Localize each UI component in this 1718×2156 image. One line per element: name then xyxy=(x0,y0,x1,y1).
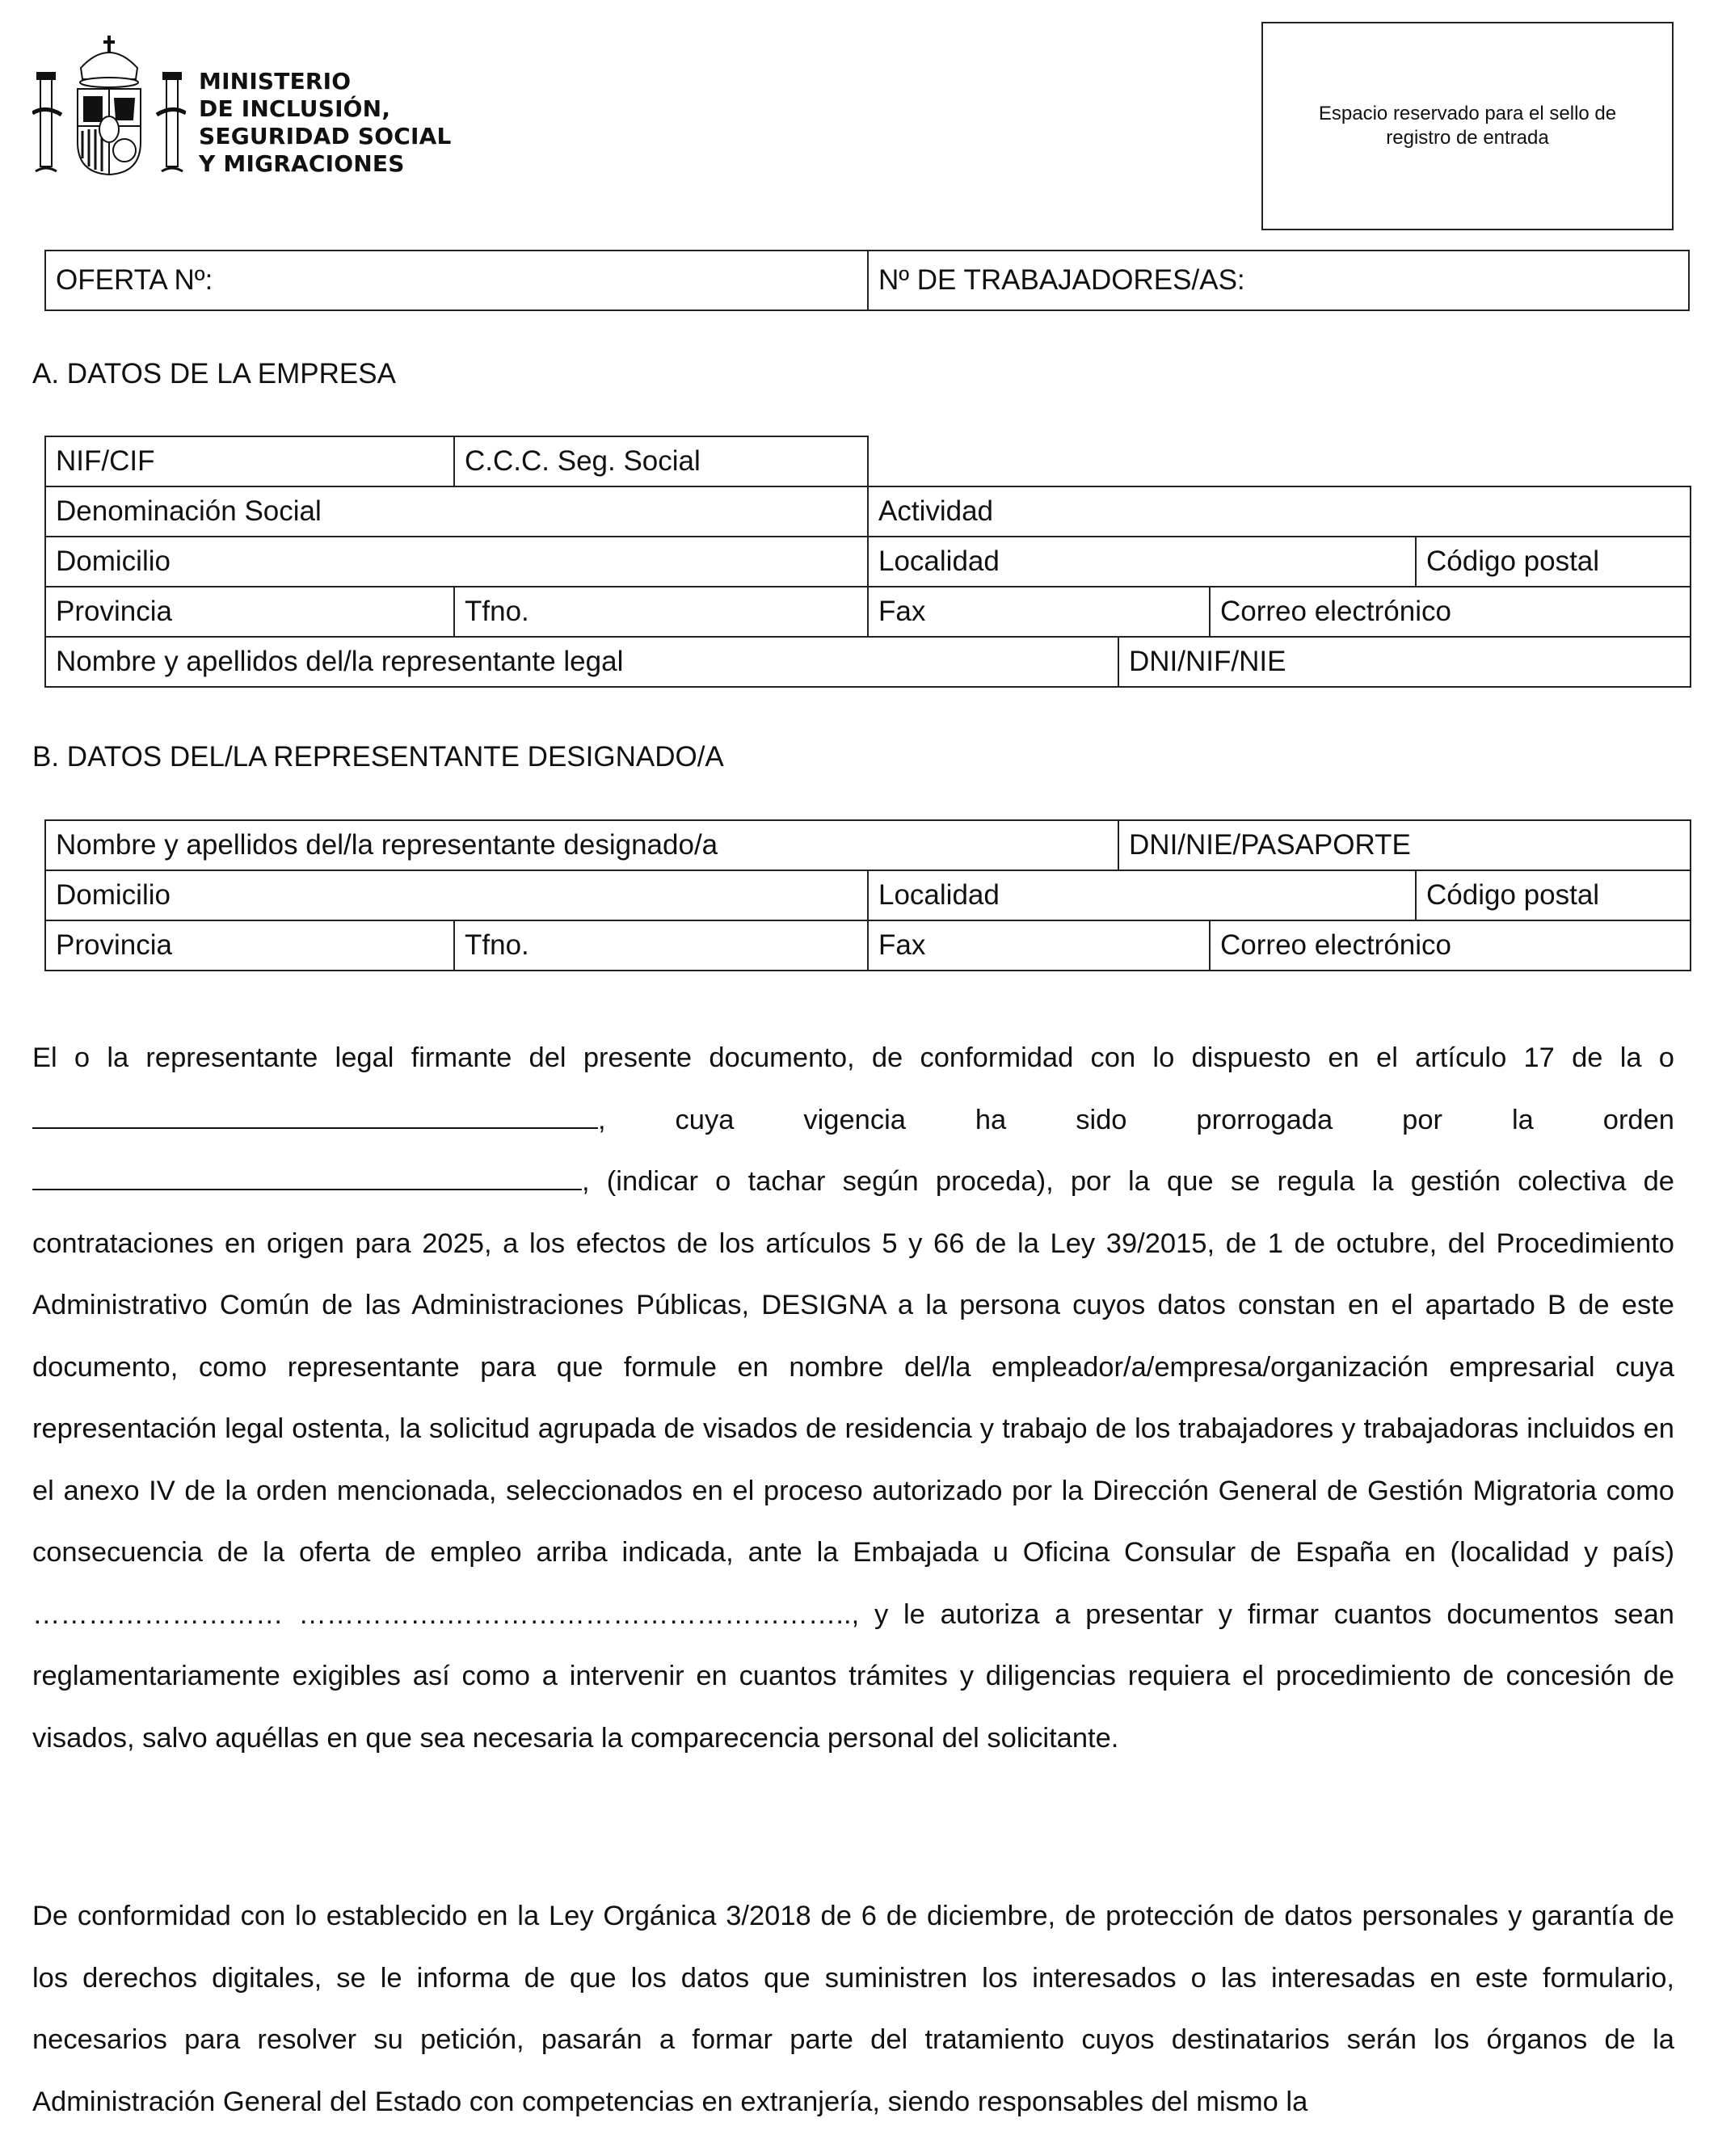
ccc-field[interactable]: C.C.C. Seg. Social xyxy=(454,436,868,486)
ministry-line-1: MINISTERIO xyxy=(199,68,452,95)
section-a-title: A. DATOS DE LA EMPRESA xyxy=(32,358,396,390)
order-blank-1[interactable] xyxy=(32,1105,598,1129)
designated-province-field[interactable]: Provincia xyxy=(45,920,454,971)
ministry-line-2: DE INCLUSIÓN, xyxy=(199,95,452,123)
designated-id-field[interactable]: DNI/NIE/PASAPORTE xyxy=(1118,820,1691,870)
empty-cell xyxy=(868,436,1691,486)
designation-paragraph: El o la representante legal firmante del… xyxy=(32,1027,1674,1769)
company-data-table: NIF/CIF C.C.C. Seg. Social Denominación … xyxy=(44,436,1691,688)
activity-field[interactable]: Actividad xyxy=(868,486,1691,537)
representative-id-field[interactable]: DNI/NIF/NIE xyxy=(1118,637,1691,687)
designated-postal-code-field[interactable]: Código postal xyxy=(1416,870,1691,920)
nif-cif-field[interactable]: NIF/CIF xyxy=(45,436,454,486)
offer-number-field[interactable]: OFERTA Nº: xyxy=(45,251,868,310)
paragraph-text-2: , cuya vigencia ha sido prorrogada por l… xyxy=(598,1105,1674,1135)
ministry-line-3: SEGURIDAD SOCIAL xyxy=(199,123,452,150)
fax-field[interactable]: Fax xyxy=(868,587,1210,637)
postal-code-field[interactable]: Código postal xyxy=(1416,537,1691,587)
designated-email-field[interactable]: Correo electrónico xyxy=(1210,920,1691,971)
data-protection-text: De conformidad con lo establecido en la … xyxy=(32,1885,1674,2133)
data-protection-paragraph: De conformidad con lo establecido en la … xyxy=(32,1885,1674,2133)
company-name-field[interactable]: Denominación Social xyxy=(45,486,868,537)
registry-stamp-box: Espacio reservado para el sello de regis… xyxy=(1261,22,1674,230)
designated-fax-field[interactable]: Fax xyxy=(868,920,1210,971)
paragraph-text-1: El o la representante legal firmante del… xyxy=(32,1042,1674,1073)
spain-coat-of-arms-icon xyxy=(32,29,186,179)
section-b-title: B. DATOS DEL/LA REPRESENTANTE DESIGNADO/… xyxy=(32,741,724,773)
ministry-name: MINISTERIO DE INCLUSIÓN, SEGURIDAD SOCIA… xyxy=(199,68,452,178)
email-field[interactable]: Correo electrónico xyxy=(1210,587,1691,637)
legal-representative-field[interactable]: Nombre y apellidos del/la representante … xyxy=(45,637,1118,687)
workers-count-field[interactable]: Nº DE TRABAJADORES/AS: xyxy=(868,251,1689,310)
designated-representative-table: Nombre y apellidos del/la representante … xyxy=(44,819,1691,971)
designated-address-field[interactable]: Domicilio xyxy=(45,870,868,920)
province-field[interactable]: Provincia xyxy=(45,587,454,637)
designated-name-field[interactable]: Nombre y apellidos del/la representante … xyxy=(45,820,1118,870)
designated-phone-field[interactable]: Tfno. xyxy=(454,920,868,971)
ministry-line-4: Y MIGRACIONES xyxy=(199,150,452,178)
locality-field[interactable]: Localidad xyxy=(868,537,1416,587)
order-blank-2[interactable] xyxy=(32,1166,582,1190)
stamp-placeholder-text: Espacio reservado para el sello de regis… xyxy=(1298,102,1637,150)
offer-table: OFERTA Nº: Nº DE TRABAJADORES/AS: xyxy=(44,250,1690,311)
designated-locality-field[interactable]: Localidad xyxy=(868,870,1416,920)
paragraph-text-3: , (indicar o tachar según proceda), por … xyxy=(32,1166,1674,1630)
phone-field[interactable]: Tfno. xyxy=(454,587,868,637)
address-field[interactable]: Domicilio xyxy=(45,537,868,587)
